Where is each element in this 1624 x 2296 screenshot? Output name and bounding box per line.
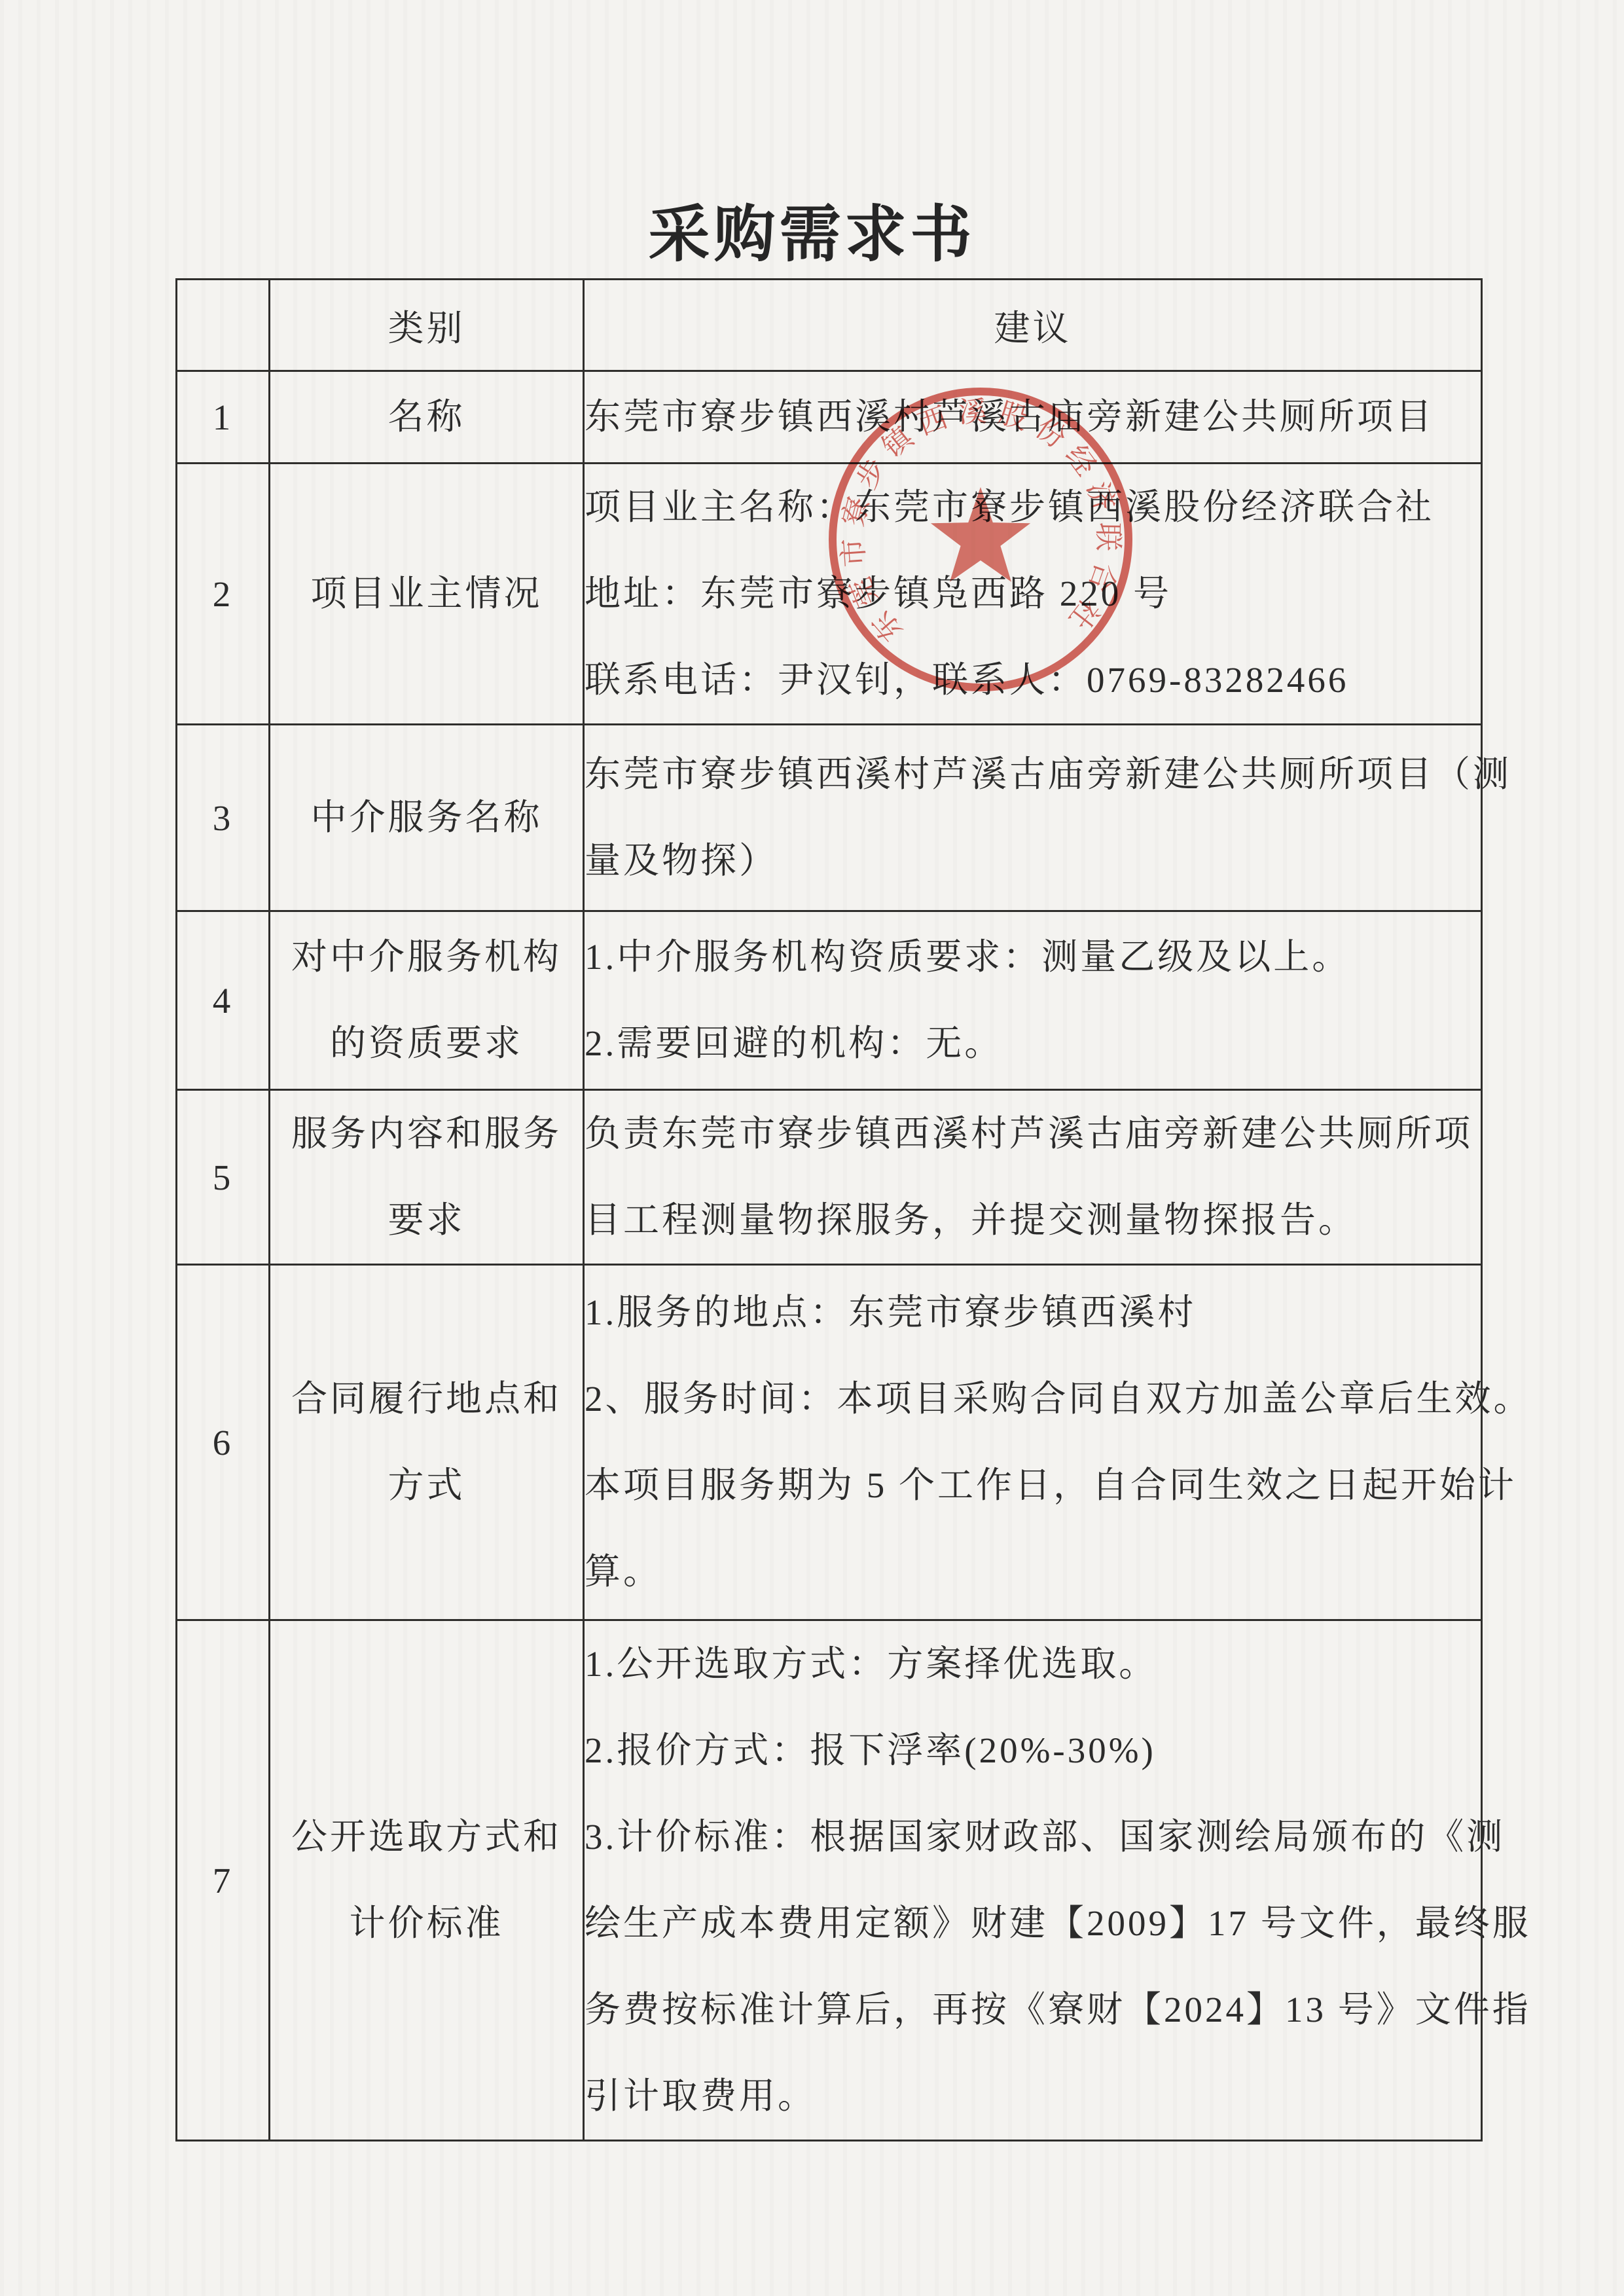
table-row: 1 名称 东莞市寮步镇西溪村芦溪古庙旁新建公共厕所项目 xyxy=(177,371,1482,464)
suggestion-cell: 负责东莞市寮步镇西溪村芦溪古庙旁新建公共厕所项 目工程测量物探服务，并提交测量物… xyxy=(584,1090,1482,1265)
cell-line: 方式 xyxy=(270,1442,583,1529)
cell-line: 的资质要求 xyxy=(270,1000,583,1087)
category-cell: 公开选取方式和 计价标准 xyxy=(270,1620,584,2141)
cell-line: 目工程测量物探服务，并提交测量物探报告。 xyxy=(585,1177,1481,1264)
table-header-row: 类别 建议 xyxy=(177,280,1482,371)
suggestion-cell: 项目业主名称：东莞市寮步镇西溪股份经济联合社 地址：东莞市寮步镇凫西路 220 … xyxy=(584,464,1482,725)
cell-line: 2、服务时间：本项目采购合同自双方加盖公章后生效。 xyxy=(585,1356,1481,1442)
cell-line: 负责东莞市寮步镇西溪村芦溪古庙旁新建公共厕所项 xyxy=(585,1091,1481,1177)
cell-line: 计价标准 xyxy=(270,1880,583,1967)
table-row: 7 公开选取方式和 计价标准 1.公开选取方式：方案择优选取。 2.报价方式：报… xyxy=(177,1620,1482,2141)
cell-line: 2.需要回避的机构：无。 xyxy=(585,1000,1481,1087)
category-cell: 项目业主情况 xyxy=(270,464,584,725)
cell-line: 对中介服务机构 xyxy=(270,914,583,1000)
document-page: 采购需求书 类别 建议 1 名称 东莞市寮步镇西溪村芦溪古庙旁新建公共厕所项目 xyxy=(0,0,1624,2296)
cell-line: 中介服务名称 xyxy=(270,774,583,861)
category-cell: 名称 xyxy=(270,371,584,464)
category-cell: 合同履行地点和 方式 xyxy=(270,1265,584,1620)
table-row: 5 服务内容和服务 要求 负责东莞市寮步镇西溪村芦溪古庙旁新建公共厕所项 目工程… xyxy=(177,1090,1482,1265)
cell-line: 地址：东莞市寮步镇凫西路 220 号 xyxy=(585,551,1481,637)
header-category: 类别 xyxy=(270,280,584,371)
cell-line: 合同履行地点和 xyxy=(270,1356,583,1442)
category-cell: 中介服务名称 xyxy=(270,725,584,911)
cell-line: 公开选取方式和 xyxy=(270,1794,583,1880)
cell-line: 1.服务的地点：东莞市寮步镇西溪村 xyxy=(585,1269,1481,1356)
cell-line: 3.计价标准：根据国家财政部、国家测绘局颁布的《测 xyxy=(585,1794,1481,1880)
cell-line: 量及物探） xyxy=(585,818,1481,904)
cell-line: 东莞市寮步镇西溪村芦溪古庙旁新建公共厕所项目 xyxy=(585,374,1481,460)
category-cell: 对中介服务机构 的资质要求 xyxy=(270,911,584,1090)
cell-line: 引计取费用。 xyxy=(585,2053,1481,2140)
table-row: 3 中介服务名称 东莞市寮步镇西溪村芦溪古庙旁新建公共厕所项目（测 量及物探） xyxy=(177,725,1482,911)
cell-line: 绘生产成本费用定额》财建【2009】17 号文件，最终服 xyxy=(585,1880,1481,1967)
suggestion-cell: 1.公开选取方式：方案择优选取。 2.报价方式：报下浮率(20%-30%) 3.… xyxy=(584,1620,1482,2141)
table-row: 6 合同履行地点和 方式 1.服务的地点：东莞市寮步镇西溪村 2、服务时间：本项… xyxy=(177,1265,1482,1620)
cell-line: 东莞市寮步镇西溪村芦溪古庙旁新建公共厕所项目（测 xyxy=(585,731,1481,818)
row-number: 7 xyxy=(177,1620,270,2141)
suggestion-cell: 东莞市寮步镇西溪村芦溪古庙旁新建公共厕所项目（测 量及物探） xyxy=(584,725,1482,911)
row-number: 3 xyxy=(177,725,270,911)
row-number: 2 xyxy=(177,464,270,725)
cell-line: 服务内容和服务 xyxy=(270,1091,583,1177)
suggestion-cell: 东莞市寮步镇西溪村芦溪古庙旁新建公共厕所项目 xyxy=(584,371,1482,464)
header-suggestion: 建议 xyxy=(584,280,1482,371)
cell-line: 项目业主名称：东莞市寮步镇西溪股份经济联合社 xyxy=(585,464,1481,551)
cell-line: 务费按标准计算后，再按《寮财【2024】13 号》文件指 xyxy=(585,1967,1481,2053)
cell-line: 项目业主情况 xyxy=(270,551,583,637)
procurement-table: 类别 建议 1 名称 东莞市寮步镇西溪村芦溪古庙旁新建公共厕所项目 2 项目业主… xyxy=(175,278,1483,2141)
cell-line: 名称 xyxy=(270,374,583,460)
page-title: 采购需求书 xyxy=(0,185,1624,273)
row-number: 1 xyxy=(177,371,270,464)
row-number: 4 xyxy=(177,911,270,1090)
table-row: 2 项目业主情况 项目业主名称：东莞市寮步镇西溪股份经济联合社 地址：东莞市寮步… xyxy=(177,464,1482,725)
cell-line: 1.公开选取方式：方案择优选取。 xyxy=(585,1621,1481,1707)
header-number-cell xyxy=(177,280,270,371)
row-number: 5 xyxy=(177,1090,270,1265)
suggestion-cell: 1.服务的地点：东莞市寮步镇西溪村 2、服务时间：本项目采购合同自双方加盖公章后… xyxy=(584,1265,1482,1620)
cell-line: 要求 xyxy=(270,1177,583,1264)
cell-line: 联系电话：尹汉钊，联系人：0769-83282466 xyxy=(585,637,1481,723)
cell-line: 2.报价方式：报下浮率(20%-30%) xyxy=(585,1707,1481,1794)
cell-line: 1.中介服务机构资质要求：测量乙级及以上。 xyxy=(585,914,1481,1000)
row-number: 6 xyxy=(177,1265,270,1620)
table-row: 4 对中介服务机构 的资质要求 1.中介服务机构资质要求：测量乙级及以上。 2.… xyxy=(177,911,1482,1090)
cell-line: 算。 xyxy=(585,1529,1481,1615)
cell-line: 本项目服务期为 5 个工作日，自合同生效之日起开始计 xyxy=(585,1442,1481,1529)
suggestion-cell: 1.中介服务机构资质要求：测量乙级及以上。 2.需要回避的机构：无。 xyxy=(584,911,1482,1090)
category-cell: 服务内容和服务 要求 xyxy=(270,1090,584,1265)
